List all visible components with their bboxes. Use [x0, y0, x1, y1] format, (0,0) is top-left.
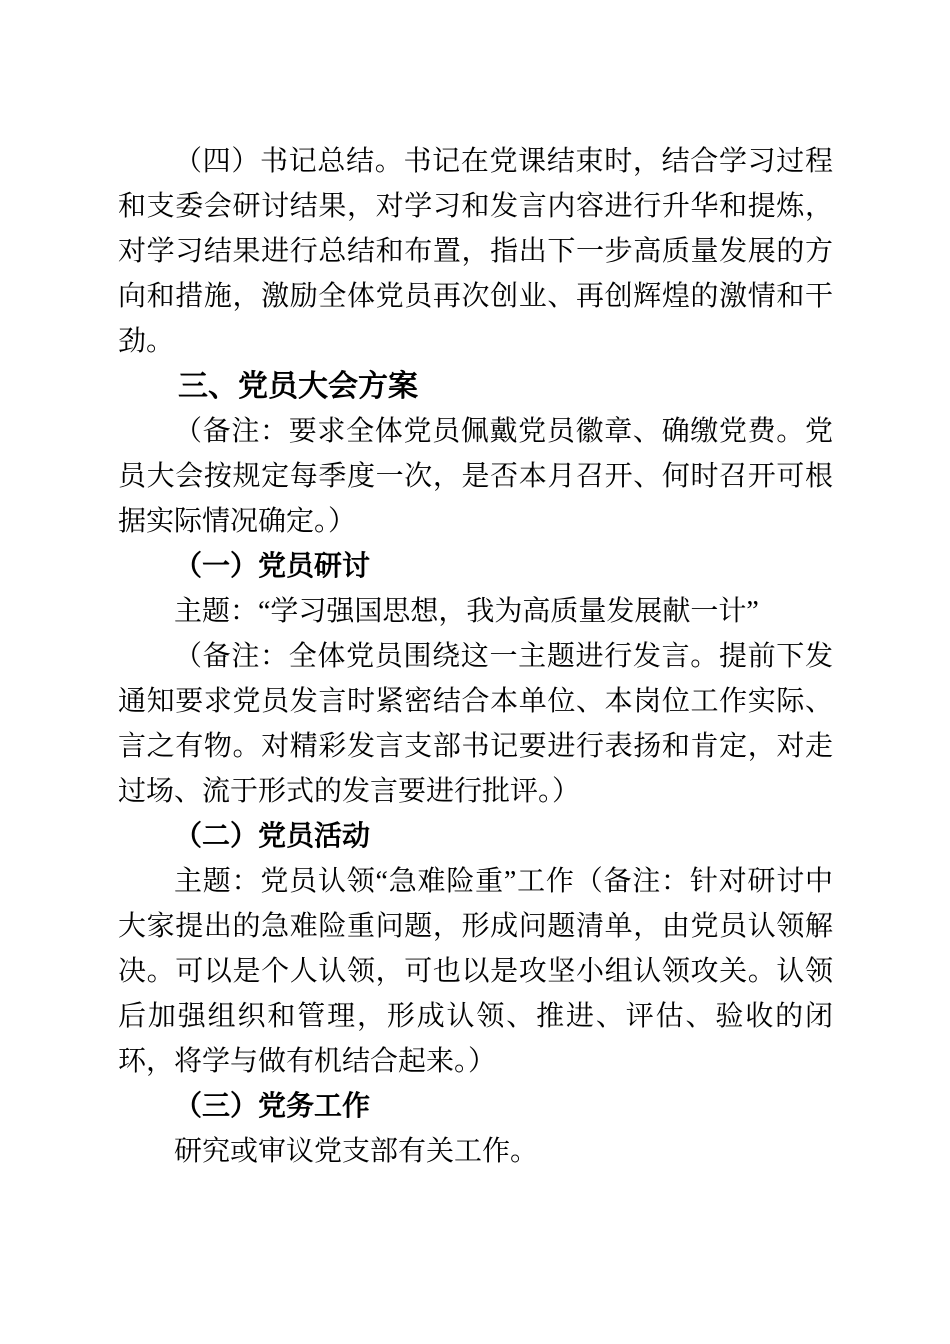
heading-member-activity: （二）党员活动: [118, 814, 833, 859]
paragraph-party-affairs: 研究或审议党支部有关工作。: [118, 1129, 833, 1174]
heading-member-assembly-plan: 三、党员大会方案: [118, 364, 833, 409]
paragraph-discussion-theme: 主题：“学习强国思想，我为高质量发展献一计”: [118, 589, 833, 634]
paragraph-discussion-note: （备注：全体党员围绕这一主题进行发言。提前下发通知要求党员发言时紧密结合本单位、…: [118, 634, 833, 814]
document-page: （四）书记总结。书记在党课结束时，结合学习过程和支委会研讨结果，对学习和发言内容…: [0, 0, 950, 1344]
paragraph-secretary-summary: （四）书记总结。书记在党课结束时，结合学习过程和支委会研讨结果，对学习和发言内容…: [118, 139, 833, 364]
paragraph-assembly-note: （备注：要求全体党员佩戴党员徽章、确缴党费。党员大会按规定每季度一次，是否本月召…: [118, 409, 833, 544]
paragraph-activity-theme: 主题：党员认领“急难险重”工作（备注：针对研讨中大家提出的急难险重问题，形成问题…: [118, 859, 833, 1084]
heading-member-discussion: （一）党员研讨: [118, 544, 833, 589]
heading-party-affairs: （三）党务工作: [118, 1084, 833, 1129]
